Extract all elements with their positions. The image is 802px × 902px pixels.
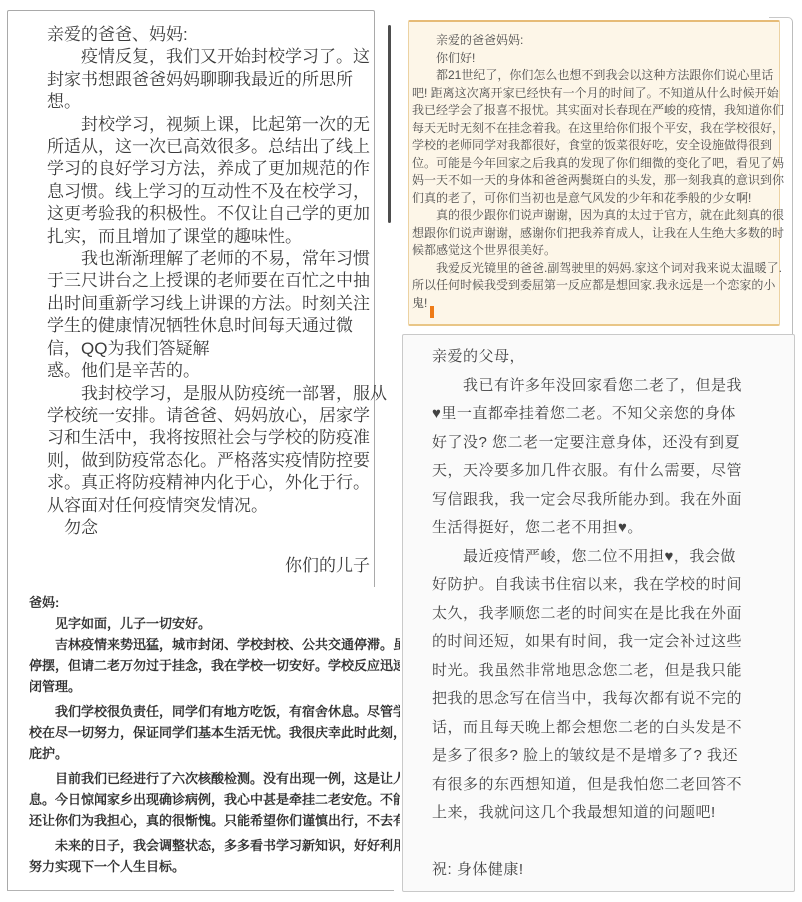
- letter-line: 想跟你们说声谢谢，感谢你们把我养育成人，让我在人生绝大多数的时: [412, 225, 775, 243]
- letter-line: 时光。我虽然非常地思念您二老，但是我只能: [432, 657, 784, 686]
- letter-line: 祝: 身体健康!: [432, 856, 784, 885]
- letter-line: 见字如面，儿子一切安好。: [29, 613, 400, 634]
- cream-letter-card: 亲爱的爸爸妈妈: 你们好! 都21世纪了，你们怎么也想不到我会以这种方法跟你们说…: [408, 20, 780, 326]
- letter-line: ♥里一直都牵挂着您二老。不知父亲您的身体: [432, 400, 784, 429]
- letter-line: 候都感觉这个世界很美好。: [412, 242, 775, 260]
- letter-line: 想。: [47, 91, 369, 113]
- letter-line: 目前我们已经进行了六次核酸检测。没有出现一例，这是让人: [29, 768, 400, 789]
- letter-line: [432, 828, 784, 857]
- letter-line: 我已经学会了报喜不报忧。其实面对长春现在严峻的疫情，我知道你们: [412, 102, 775, 120]
- letter-line: 我们学校很负责任，同学们有地方吃饭，有宿舍休息。尽管学: [29, 701, 400, 722]
- letters-collage: 亲爱的爸爸、妈妈: 疫情反复，我们又开始封校学习了。这封家书想跟爸爸妈妈聊聊我最…: [0, 0, 802, 902]
- letter-line: 惑。他们是辛苦的。: [47, 360, 369, 382]
- text-cursor: [430, 306, 434, 318]
- letter-line: 这更考验我的积极性。不仅让自己学的更加: [47, 203, 369, 225]
- letter-line: 好了没? 您二老一定要注意身体，还没有到夏: [432, 429, 784, 458]
- scrollbar-thumb[interactable]: [388, 25, 391, 223]
- letter-line: 学生的健康情况牺牲休息时间每天通过微: [47, 315, 369, 337]
- letter-line: 每天无时无刻不在挂念着我。在这里给你们报个平安，我在学校很好，: [412, 120, 775, 138]
- letter-line: 最近疫情严峻，您二位不用担♥，我会做: [432, 543, 784, 572]
- letter-line: 吧! 距离这次离开家已经快有一个月的时间了。不知道从什么时候开始: [412, 85, 775, 103]
- letter-line: 封校学习，视频上课，比起第一次的无: [47, 114, 369, 136]
- letter-line: 话，而且每天晚上都会想您二老的白头发是不: [432, 714, 784, 743]
- letter-line: 生活得挺好，您二老不用担♥。: [432, 514, 784, 543]
- letter-line: 学校的老师同学对我都很好，食堂的饭菜很好吃，安全设施做得很到: [412, 137, 775, 155]
- letter-line: 位。可能是今年回家之后我真的发现了你们细微的变化了吧，看见了妈: [412, 155, 775, 173]
- letter-line: 停摆，但请二老万勿过于挂念，我在学校一切安好。学校反应迅速: [29, 655, 400, 676]
- letter-line: 写信跟我，我一定会尽我所能办到。我在外面: [432, 486, 784, 515]
- letter-line: 把我的思念写在信当中，我每次都有说不完的: [432, 685, 784, 714]
- letter-line: 从容面对任何疫情突发情况。: [47, 495, 369, 517]
- letter-line: 息习惯。线上学习的互动性不及在校学习，: [47, 181, 369, 203]
- letter-line: 庇护。: [29, 743, 400, 764]
- letter-line: 习和生活中，我将按照社会与学校的防疫准: [47, 427, 369, 449]
- letter-line: 亲爱的父母，: [432, 343, 784, 372]
- letter-line: 努力实现下一个人生目标。: [29, 856, 400, 877]
- handwritten-letter-card: 亲爱的父母， 我已有许多年没回家看您二老了，但是我♥里一直都牵挂着您二老。不知父…: [402, 334, 795, 892]
- handwritten-letter-text: 亲爱的父母， 我已有许多年没回家看您二老了，但是我♥里一直都牵挂着您二老。不知父…: [432, 343, 784, 885]
- letter-line: 天，天冷要多加几件衣服。有什么需要，尽管: [432, 457, 784, 486]
- letter-line: 出时间重新学习线上讲课的方法。时刻关注: [47, 293, 369, 315]
- letter-line: 还让你们为我担心，真的很惭愧。只能希望你们谨慎出行，不去有: [29, 810, 400, 831]
- letter-line: 好防护。自我读书住宿以来，我在学校的时间: [432, 571, 784, 600]
- letter-line: 都21世纪了，你们怎么也想不到我会以这种方法跟你们说心里话: [412, 67, 775, 85]
- letter-line: 爸妈:: [29, 592, 400, 613]
- letter-line: 上来，我就问这几个我最想知道的问题吧!: [432, 799, 784, 828]
- letter-line: 则，做到防疫常态化。严格落实疫情防控要: [47, 450, 369, 472]
- letter-line: 勿念: [47, 517, 369, 539]
- letter-line: 闭管理。: [29, 676, 400, 697]
- letter-line: 亲爱的爸爸妈妈:: [412, 32, 775, 50]
- letter-line: 我爱反光镜里的爸爸.副驾驶里的妈妈.家这个词对我来说太温暖了.: [412, 260, 775, 278]
- typed-letter-card: 亲爱的爸爸、妈妈: 疫情反复，我们又开始封校学习了。这封家书想跟爸爸妈妈聊聊我最…: [7, 10, 375, 587]
- letter-line: 学校统一安排。请爸爸、妈妈放心，居家学: [47, 405, 369, 427]
- letter-line: 于三尺讲台之上授课的老师要在百忙之中抽: [47, 270, 369, 292]
- letter-line: 太久，我孝顺您二老的时间实在是比我在外面: [432, 600, 784, 629]
- letter-line: 封家书想跟爸爸妈妈聊聊我最近的所思所: [47, 69, 369, 91]
- typed-letter-text: 亲爱的爸爸、妈妈: 疫情反复，我们又开始封校学习了。这封家书想跟爸爸妈妈聊聊我最…: [47, 24, 369, 539]
- letter-line: 有很多的东西想知道，但是我怕您二老回答不: [432, 771, 784, 800]
- letter-line: 鬼!: [412, 295, 775, 313]
- letter-line: 息。今日惊闻家乡出现确诊病例，我心中甚是牵挂二老安危。不能: [29, 789, 400, 810]
- letter-line: 学习的良好学习方法，养成了更加规范的作: [47, 158, 369, 180]
- letter-line: 我也渐渐理解了老师的不易，常年习惯: [47, 248, 369, 270]
- letter-line: 求。真正将防疫精神内化于心，外化于行。: [47, 472, 369, 494]
- typed-letter-signoff: 你们的儿子: [48, 551, 370, 576]
- letter-line: 吉林疫情来势迅猛，城市封闭、学校封校、公共交通停滞。虽: [29, 634, 400, 655]
- letter-line: 是多了很多? 脸上的皱纹是不是增多了? 我还: [432, 742, 784, 771]
- letter-line: 扎实，而且增加了课堂的趣味性。: [47, 226, 369, 248]
- letter-line: 妈一天不如一天的身体和爸爸两鬓斑白的头发，那一刻我真的意识到你: [412, 172, 775, 190]
- letter-line: 你们好!: [412, 50, 775, 68]
- bold-letter-text: 爸妈: 见字如面，儿子一切安好。 吉林疫情来势迅猛，城市封闭、学校封校、公共交通…: [29, 592, 400, 877]
- letter-line: 真的很少跟你们说声谢谢，因为真的太过于官方，就在此刻真的很: [412, 207, 775, 225]
- letter-line: 我封校学习，是服从防疫统一部署，服从: [47, 383, 369, 405]
- letter-line: 信，QQ为我们答疑解: [47, 338, 369, 360]
- letter-line: 校在尽一切努力，保证同学们基本生活无忧。我很庆幸此时此刻，: [29, 722, 400, 743]
- cream-letter-text: 亲爱的爸爸妈妈: 你们好! 都21世纪了，你们怎么也想不到我会以这种方法跟你们说…: [412, 32, 775, 312]
- letter-line: 亲爱的爸爸、妈妈:: [47, 24, 369, 46]
- bottom-left-letter-bottom-border: [7, 890, 394, 891]
- letter-line: 未来的日子，我会调整状态，多多看书学习新知识，好好利用: [29, 835, 400, 856]
- letter-line: 的时间还短，如果有时间，我一定会补过这些: [432, 628, 784, 657]
- letter-line: 疫情反复，我们又开始封校学习了。这: [47, 46, 369, 68]
- letter-line: 所适从，这一次已高效很多。总结出了线上: [47, 136, 369, 158]
- letter-line: 所以任何时候我受到委屈第一反应都是想回家.我永远是一个恋家的小: [412, 277, 775, 295]
- letter-line: 们真的老了，可你们当初也是意气风发的少年和花季般的少女啊!: [412, 190, 775, 208]
- letter-line: 我已有许多年没回家看您二老了，但是我: [432, 372, 784, 401]
- left-card-border-extension: [7, 586, 8, 890]
